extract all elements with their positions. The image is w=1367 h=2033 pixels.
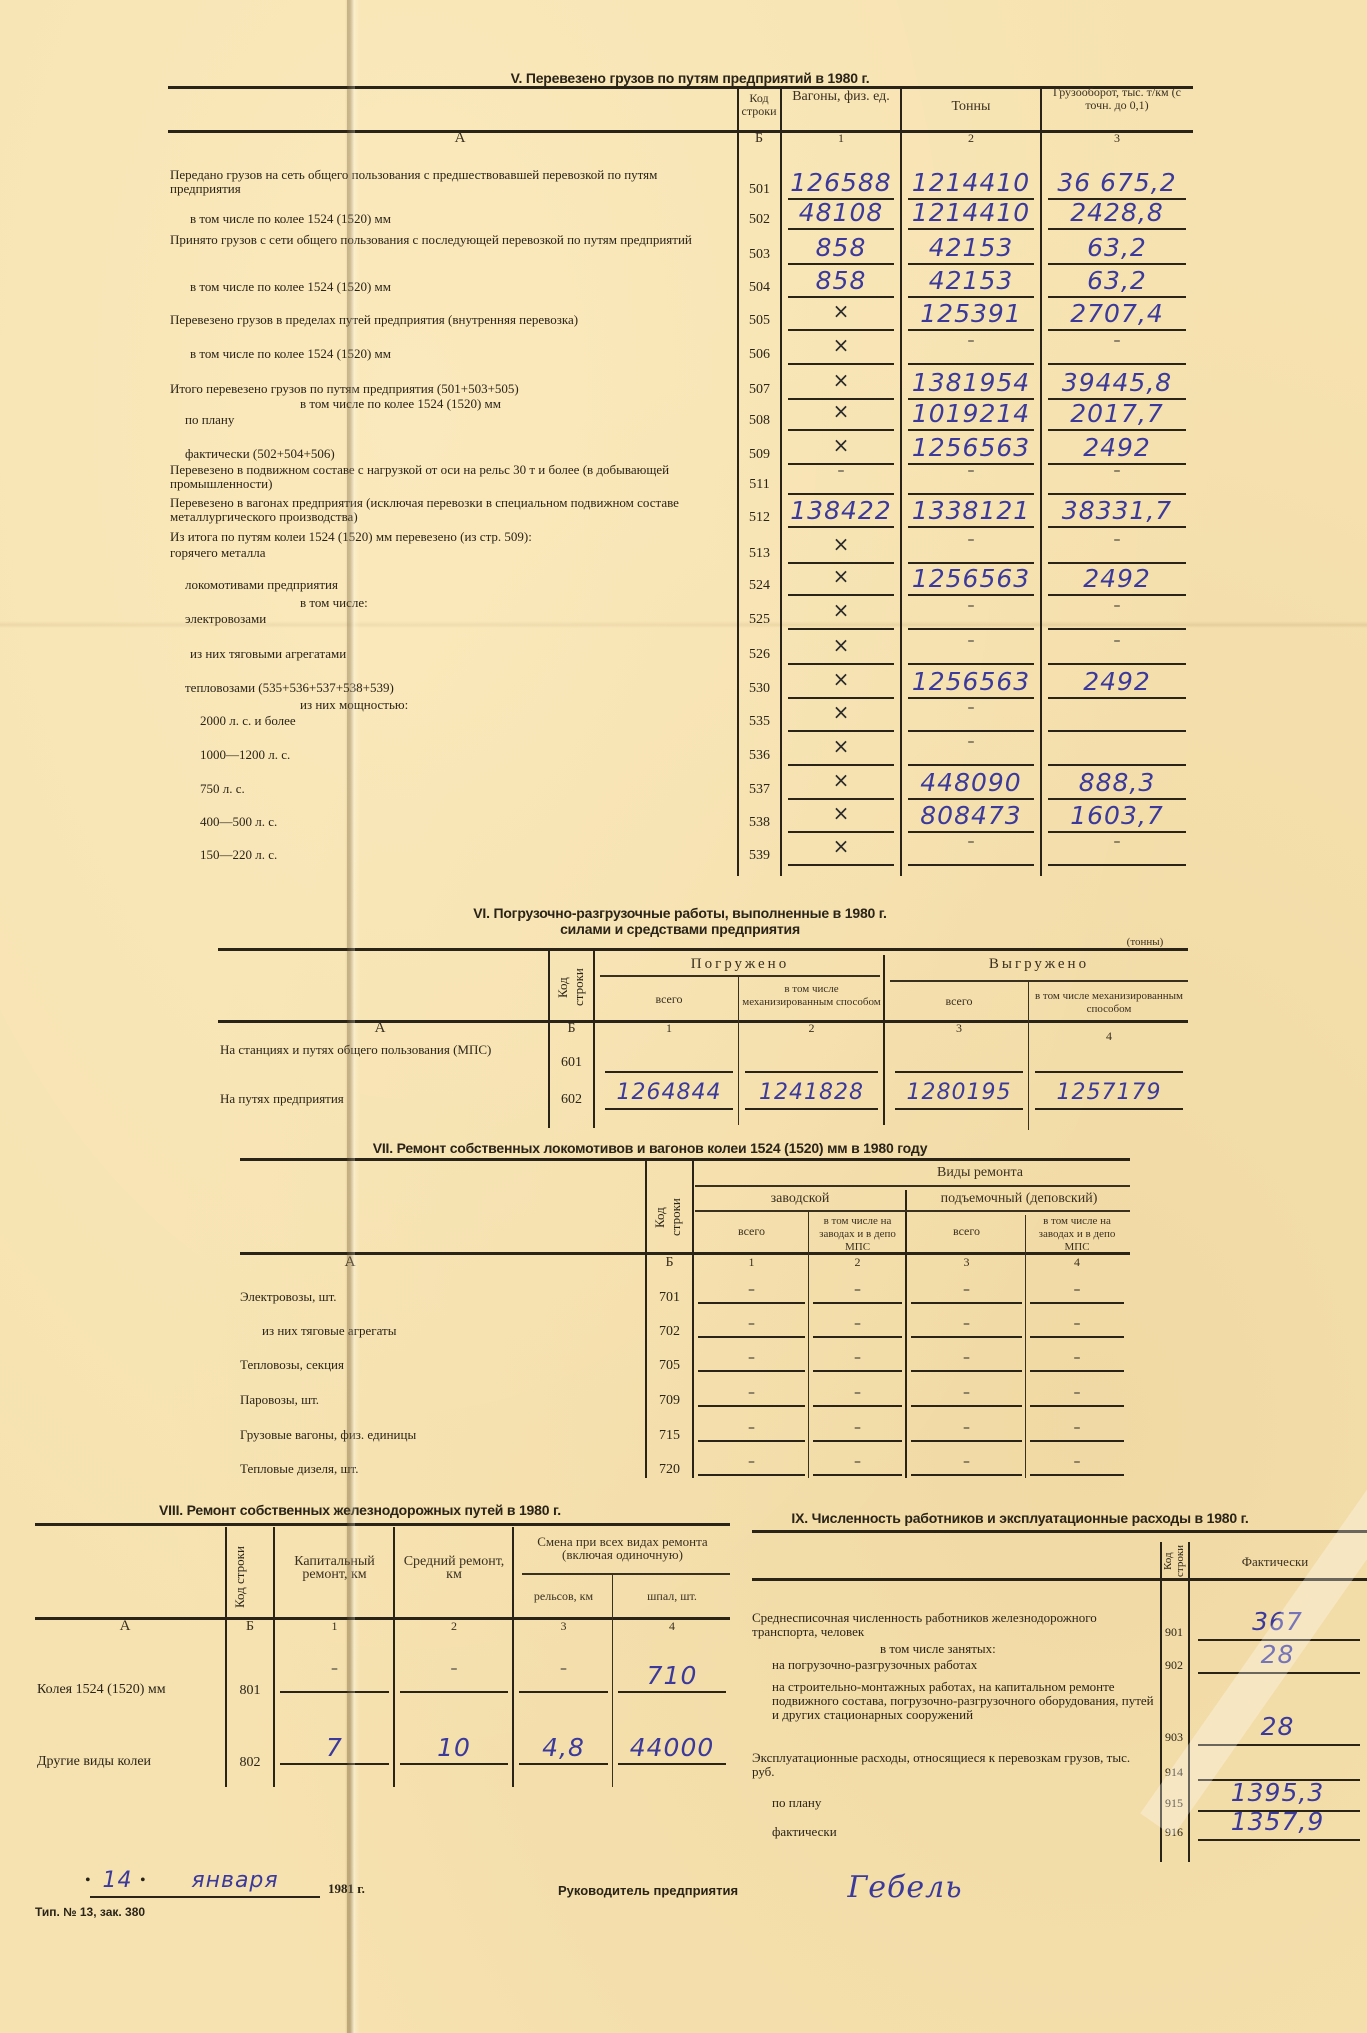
cell-turnover: – (1042, 633, 1192, 649)
column-number: 1 (276, 1620, 393, 1633)
divider (240, 1158, 1130, 1161)
divider (240, 1252, 1130, 1255)
header-unloaded: Выгружено (890, 958, 1188, 971)
header-lifting: подъемочный (деповский) (908, 1192, 1130, 1205)
cell-underline (908, 429, 1034, 431)
cell-underline (908, 296, 1034, 298)
row-code: 901 (1160, 1625, 1188, 1640)
row-label: 1000—1200 л. с. (200, 748, 730, 762)
cell-underline (911, 1405, 1022, 1407)
cell-underline (788, 831, 894, 833)
divider (600, 975, 880, 977)
row-label: фактически (772, 1825, 1155, 1839)
cell-tons: – (902, 700, 1040, 716)
cell-underline (788, 228, 894, 230)
section-5-title: V. Перевезено грузов по путям предприяти… (440, 70, 940, 86)
row-code: 512 (739, 510, 780, 526)
cell-underline (908, 663, 1034, 665)
row-label: по плану (772, 1796, 1155, 1810)
cell-actual: 1357,9 (1195, 1807, 1360, 1836)
cell-tons: – (902, 598, 1040, 614)
divider (752, 1530, 1367, 1533)
cell-underline (618, 1691, 726, 1693)
column-letter: Б (738, 132, 780, 145)
cell-c3: – (908, 1316, 1025, 1332)
cell-underline (1048, 864, 1186, 866)
row-label: Итого перевезено грузов по путям предпри… (170, 382, 730, 396)
header-capital: Капитальный ремонт, км (276, 1555, 393, 1581)
divider (225, 1527, 227, 1787)
cell-underline (895, 1071, 1023, 1073)
row-code: 506 (739, 347, 780, 363)
row-code: 902 (1160, 1658, 1188, 1673)
cell-turnover: 888,3 (1042, 768, 1192, 797)
column-letter: Б (227, 1620, 273, 1633)
divider (593, 948, 595, 1128)
cell-c3: 1280195 (890, 1080, 1028, 1105)
cell-underline (788, 864, 894, 866)
row-label: Паровозы, шт. (240, 1393, 319, 1407)
row-code: 503 (739, 247, 780, 263)
row-label: Тепловозы, секция (240, 1358, 344, 1372)
column-number: 1 (600, 1022, 738, 1035)
cell-turnover: – (1042, 463, 1192, 479)
divider (522, 1573, 730, 1575)
cell-turnover: 2017,7 (1042, 399, 1192, 428)
row-label: фактически (502+504+506) (185, 447, 730, 461)
cell-wagons: × (782, 368, 900, 392)
row-code: 701 (647, 1290, 692, 1306)
cell-underline (1030, 1370, 1124, 1372)
cell-underline (1048, 493, 1186, 495)
signer-label: Руководитель предприятия (558, 1884, 738, 1898)
cell-underline (1048, 831, 1186, 833)
column-number: 2 (740, 1022, 883, 1035)
row-label: на погрузочно-разгрузочных работах (772, 1658, 1155, 1672)
cell-tons: – (902, 463, 1040, 479)
column-letter: А (105, 1620, 145, 1633)
cell-underline (1048, 628, 1186, 630)
row-code: 501 (739, 182, 780, 198)
row-code: 602 (550, 1092, 593, 1108)
divider (883, 955, 885, 1125)
cell-tons: 42153 (902, 266, 1040, 295)
row-code: 601 (550, 1055, 593, 1071)
cell-underline (1048, 798, 1186, 800)
header-code: Код строки (652, 1190, 687, 1245)
row-label: Перевезено в подвижном составе с нагрузк… (170, 463, 730, 491)
cell-underline (1030, 1336, 1124, 1338)
cell-c2: – (810, 1350, 905, 1366)
section-7-title: VII. Ремонт собственных локомотивов и ва… (300, 1140, 1000, 1156)
cell-turnover: 2492 (1042, 667, 1192, 696)
cell-underline (908, 363, 1034, 365)
column-number: 3 (908, 1256, 1025, 1269)
cell-wagons: × (782, 433, 900, 457)
date-month: января (150, 1868, 320, 1893)
cell-underline (698, 1370, 805, 1372)
section-8-title: VIII. Ремонт собственных железнодорожных… (100, 1502, 620, 1518)
row-label: в том числе по колее 1524 (1520) мм (190, 347, 730, 361)
cell-underline (698, 1302, 805, 1304)
header-replace: Смена при всех видах ремонта (включая од… (515, 1535, 730, 1561)
header-code: Код строки (232, 1545, 268, 1610)
section-9-title: IX. Численность работников и эксплуатаци… (780, 1510, 1260, 1526)
cell-tons: 808473 (902, 801, 1040, 830)
divider (695, 1210, 1130, 1212)
cell-underline (813, 1405, 902, 1407)
cell-c4: – (1027, 1282, 1127, 1298)
cell-wagons: × (782, 399, 900, 423)
cell-tons: – (902, 834, 1040, 850)
column-number: 4 (1027, 1256, 1127, 1269)
cell-underline (813, 1440, 902, 1442)
cell-underline (1030, 1302, 1124, 1304)
cell-underline (1048, 263, 1186, 265)
cell-underline (788, 663, 894, 665)
column-letter: А (440, 132, 480, 145)
row-label: Эксплуатационные расходы, относящиеся к … (752, 1751, 1155, 1779)
cell-c2: – (810, 1316, 905, 1332)
cell-tons: – (902, 633, 1040, 649)
cell-underline (698, 1474, 805, 1476)
signature: Гебель (800, 1870, 1010, 1905)
cell-underline (911, 1336, 1022, 1338)
header-code: Код строки (1162, 1545, 1188, 1577)
row-sublabel: в том числе: (300, 596, 368, 610)
cell-underline (908, 263, 1034, 265)
row-label: Принято грузов с сети общего пользования… (170, 233, 730, 247)
row-code: 504 (739, 280, 780, 296)
column-number: 4 (614, 1620, 730, 1633)
cell-underline (788, 429, 894, 431)
header-repair-types: Виды ремонта (880, 1166, 1080, 1179)
cell-wagons: × (782, 333, 900, 357)
divider (612, 1575, 613, 1787)
row-code: 511 (739, 477, 780, 493)
cell-turnover: 36 675,2 (1042, 168, 1192, 197)
header-unloaded-mech: в том числе механизированным способом (1030, 990, 1188, 1016)
cell-wagons: × (782, 532, 900, 556)
cell-turnover: 2492 (1042, 433, 1192, 462)
divider (1025, 1215, 1026, 1478)
cell-underline (788, 263, 894, 265)
cell-wagons: × (782, 633, 900, 657)
header-rails: рельсов, км (515, 1590, 612, 1603)
cell-underline (605, 1108, 733, 1110)
cell-wagons: 126588 (782, 168, 900, 197)
cell-underline (908, 228, 1034, 230)
cell-underline (788, 493, 894, 495)
cell-wagons: × (782, 768, 900, 792)
cell-c4: 710 (614, 1661, 730, 1690)
divider (738, 975, 739, 1125)
header-wagons: Вагоны, физ. ед. (782, 90, 900, 103)
divider (35, 1523, 730, 1526)
row-label: тепловозами (535+536+537+538+539) (185, 681, 730, 695)
cell-tons: 1019214 (902, 399, 1040, 428)
cell-c2: 1241828 (740, 1080, 883, 1105)
date-underline (90, 1896, 320, 1898)
row-label: горячего металла (170, 546, 730, 560)
header-loaded-total: всего (600, 993, 738, 1006)
cell-turnover: – (1042, 598, 1192, 614)
column-number: 3 (515, 1620, 612, 1633)
column-number: 3 (890, 1022, 1028, 1035)
cell-c1: – (695, 1350, 808, 1366)
column-letter: Б (550, 1022, 593, 1035)
cell-tons: 1381954 (902, 368, 1040, 397)
section-6-title: VI. Погрузочно-разгрузочные работы, выпо… (420, 905, 940, 921)
cell-underline (1030, 1405, 1124, 1407)
divider (890, 980, 1188, 982)
row-label: Перевезено в вагонах предприятия (исключ… (170, 496, 730, 524)
cell-turnover: 1603,7 (1042, 801, 1192, 830)
cell-underline (745, 1071, 878, 1073)
cell-c4: – (1027, 1316, 1127, 1332)
row-code: 526 (739, 647, 780, 663)
cell-underline (1048, 526, 1186, 528)
row-code: 539 (739, 848, 780, 864)
cell-underline (605, 1071, 733, 1073)
cell-underline (1048, 697, 1186, 699)
row-label: Тепловые дизеля, шт. (240, 1462, 358, 1476)
row-label: из них тяговыми агрегатами (190, 647, 730, 661)
row-code: 705 (647, 1358, 692, 1374)
header-lifting-total: всего (908, 1225, 1025, 1238)
cell-c1: – (695, 1282, 808, 1298)
cell-underline (1035, 1071, 1183, 1073)
column-number: 2 (396, 1620, 512, 1633)
column-letter: А (360, 1022, 400, 1035)
date-day: 14 (95, 1868, 140, 1893)
header-unloaded-total: всего (890, 995, 1028, 1008)
cell-underline (908, 628, 1034, 630)
cell-wagons: 858 (782, 233, 900, 262)
cell-underline (1048, 329, 1186, 331)
header-sleepers: шпал, шт. (614, 1590, 730, 1603)
row-label: из них тяговые агрегаты (262, 1324, 396, 1338)
row-label: Передано грузов на сеть общего пользован… (170, 168, 730, 196)
cell-underline (1030, 1440, 1124, 1442)
cell-underline (908, 594, 1034, 596)
cell-wagons: × (782, 667, 900, 691)
cell-wagons: 138422 (782, 496, 900, 525)
cell-turnover: 63,2 (1042, 233, 1192, 262)
column-letter: Б (647, 1256, 692, 1269)
cell-c3: – (908, 1350, 1025, 1366)
cell-c2: – (810, 1454, 905, 1470)
cell-tons: 42153 (902, 233, 1040, 262)
cell-c1: – (276, 1661, 393, 1677)
cell-c4: – (1027, 1420, 1127, 1436)
divider (752, 1578, 1367, 1581)
cell-c1: 7 (276, 1733, 393, 1762)
cell-underline (788, 798, 894, 800)
cell-underline (1048, 764, 1186, 766)
cell-wagons: × (782, 700, 900, 724)
cell-wagons: 48108 (782, 198, 900, 227)
cell-underline (908, 831, 1034, 833)
cell-underline (908, 730, 1034, 732)
cell-c4: 1257179 (1030, 1080, 1188, 1105)
cell-turnover: 2428,8 (1042, 198, 1192, 227)
cell-c4: – (1027, 1350, 1127, 1366)
cell-c1: – (695, 1385, 808, 1401)
header-turnover: Грузооборот, тыс. т/км (с точн. до 0,1) (1042, 86, 1192, 112)
cell-tons: 1214410 (902, 168, 1040, 197)
cell-underline (698, 1405, 805, 1407)
header-tons: Тонны (902, 100, 1040, 113)
cell-c4: – (1027, 1454, 1127, 1470)
cell-wagons: × (782, 734, 900, 758)
cell-turnover: – (1042, 532, 1192, 548)
row-code: 802 (227, 1755, 273, 1771)
row-sublabel: в том числе по колее 1524 (1520) мм (300, 397, 501, 411)
row-code: 715 (647, 1428, 692, 1444)
header-code: Код строки (555, 960, 590, 1015)
row-label: Другие виды колеи (37, 1755, 151, 1769)
cell-underline (895, 1108, 1023, 1110)
row-code: 702 (647, 1324, 692, 1340)
header-loaded: Погружено (600, 958, 880, 971)
row-label: Колея 1524 (1520) мм (37, 1683, 166, 1697)
cell-tons: 125391 (902, 299, 1040, 328)
row-code: 508 (739, 413, 780, 429)
cell-wagons: × (782, 564, 900, 588)
print-info: Тип. № 13, зак. 380 (35, 1905, 145, 1919)
row-code: 530 (739, 681, 780, 697)
cell-underline (908, 526, 1034, 528)
row-label: локомотивами предприятия (185, 578, 730, 592)
cell-turnover: 39445,8 (1042, 368, 1192, 397)
cell-underline (1035, 1108, 1183, 1110)
cell-turnover: – (1042, 834, 1192, 850)
cell-underline (788, 329, 894, 331)
cell-wagons: × (782, 834, 900, 858)
cell-c1: – (695, 1316, 808, 1332)
header-factory-total: всего (695, 1225, 808, 1238)
cell-tons: 1338121 (902, 496, 1040, 525)
row-label: на строительно-монтажных работах, на кап… (772, 1680, 1155, 1722)
row-label: Грузовые вагоны, физ. единицы (240, 1428, 416, 1442)
cell-c3: – (908, 1420, 1025, 1436)
row-code: 535 (739, 714, 780, 730)
cell-underline (1048, 594, 1186, 596)
cell-tons: 1256563 (902, 564, 1040, 593)
cell-turnover: 63,2 (1042, 266, 1192, 295)
column-number: 1 (782, 132, 900, 145)
row-label: электровозами (185, 612, 730, 626)
cell-turnover: 2492 (1042, 564, 1192, 593)
cell-underline (911, 1440, 1022, 1442)
divider (695, 1185, 1130, 1187)
cell-underline (618, 1763, 726, 1765)
row-code: 801 (227, 1683, 273, 1699)
header-factory: заводской (695, 1192, 905, 1205)
cell-underline (788, 697, 894, 699)
cell-underline (908, 329, 1034, 331)
cell-tons: – (902, 532, 1040, 548)
cell-c3: – (908, 1454, 1025, 1470)
cell-tons: – (902, 333, 1040, 349)
cell-underline (1048, 296, 1186, 298)
date-quote-open: • (85, 1872, 91, 1890)
cell-underline (813, 1302, 902, 1304)
cell-c2: 10 (396, 1733, 512, 1762)
row-label: по плану (185, 413, 730, 427)
cell-underline (908, 764, 1034, 766)
cell-c2: – (810, 1282, 905, 1298)
divider (905, 1190, 907, 1478)
cell-underline (1030, 1474, 1124, 1476)
row-code: 502 (739, 212, 780, 228)
cell-c1: – (695, 1454, 808, 1470)
divider (692, 1158, 694, 1478)
cell-turnover: 38331,7 (1042, 496, 1192, 525)
row-label: в том числе по колее 1524 (1520) мм (190, 212, 730, 226)
row-code: 507 (739, 382, 780, 398)
row-label: в том числе по колее 1524 (1520) мм (190, 280, 730, 294)
cell-tons: 1256563 (902, 433, 1040, 462)
cell-c3: – (908, 1385, 1025, 1401)
header-factory-incl: в том числе на заводах и в депо МПС (810, 1215, 905, 1254)
cell-wagons: 858 (782, 266, 900, 295)
row-label: На путях предприятия (220, 1092, 540, 1106)
cell-underline (788, 526, 894, 528)
column-number: 1 (695, 1256, 808, 1269)
header-medium: Средний ремонт, км (396, 1555, 512, 1581)
cell-underline (908, 697, 1034, 699)
row-label: 400—500 л. с. (200, 815, 730, 829)
cell-wagons: × (782, 801, 900, 825)
cell-turnover: 2707,4 (1042, 299, 1192, 328)
cell-underline (1198, 1839, 1360, 1841)
row-code: 513 (739, 546, 780, 562)
row-code: 903 (1160, 1730, 1188, 1745)
cell-tons: 448090 (902, 768, 1040, 797)
cell-underline (400, 1763, 508, 1765)
divider (393, 1527, 395, 1787)
cell-underline (911, 1370, 1022, 1372)
cell-tons: 1214410 (902, 198, 1040, 227)
row-code: 509 (739, 447, 780, 463)
cell-c2: – (810, 1385, 905, 1401)
cell-c3: 4,8 (515, 1733, 612, 1762)
column-number: 3 (1042, 132, 1192, 145)
row-code: 536 (739, 748, 780, 764)
cell-underline (280, 1691, 389, 1693)
row-label: На станциях и путях общего пользования (… (220, 1043, 540, 1057)
cell-tons: – (902, 734, 1040, 750)
row-code: 538 (739, 815, 780, 831)
cell-c2: – (810, 1420, 905, 1436)
divider (273, 1527, 275, 1787)
cell-underline (280, 1763, 389, 1765)
cell-c3: – (515, 1661, 612, 1677)
cell-c2: – (396, 1661, 512, 1677)
row-code: 709 (647, 1393, 692, 1409)
divider (1028, 980, 1029, 1130)
cell-underline (698, 1440, 805, 1442)
cell-turnover: – (1042, 333, 1192, 349)
cell-c4: – (1027, 1385, 1127, 1401)
row-code: 525 (739, 612, 780, 628)
cell-actual: 1395,3 (1195, 1778, 1360, 1807)
cell-underline (813, 1370, 902, 1372)
cell-wagons: × (782, 598, 900, 622)
cell-underline (1048, 363, 1186, 365)
